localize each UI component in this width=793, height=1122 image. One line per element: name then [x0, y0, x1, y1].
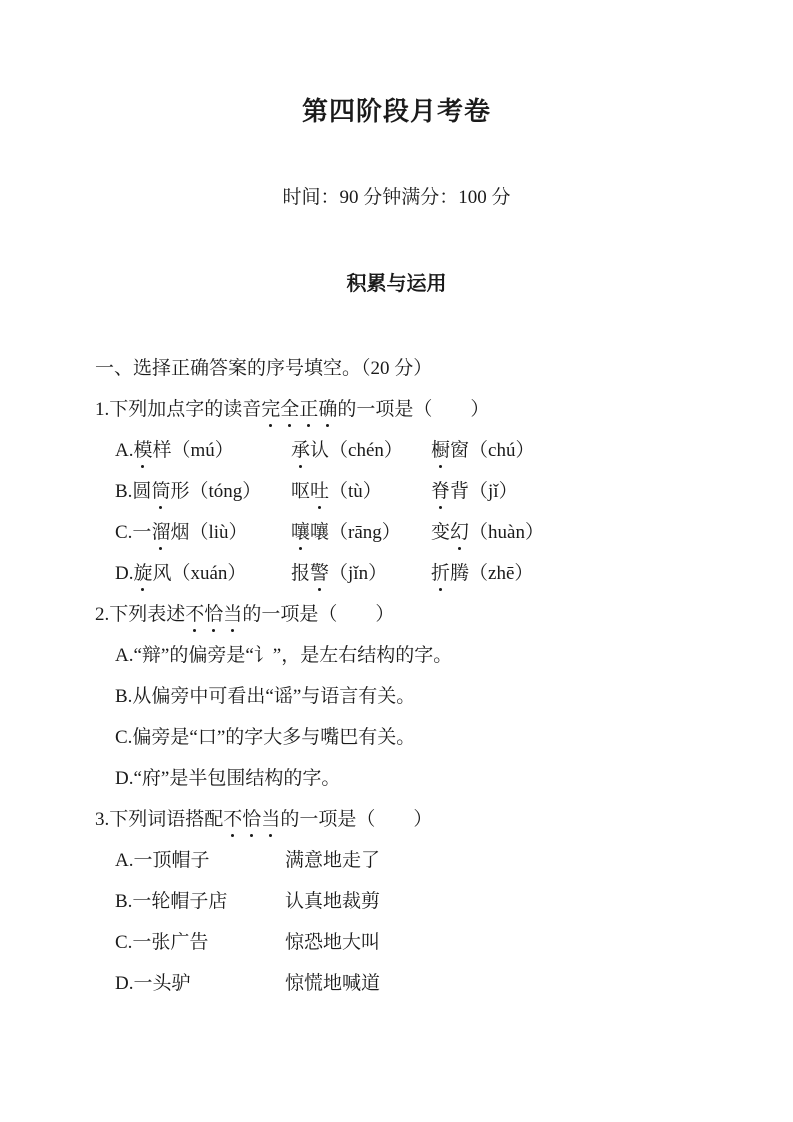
option-cell: 折腾（zhē） [431, 562, 533, 585]
question-stem: 2.下列表述不恰当的一项是（ ） [95, 603, 753, 626]
emphasis-dotted-char: 模 [133, 439, 152, 462]
option-row: A.一顶帽子满意地走了 [115, 849, 753, 872]
emphasis-dotted-char: 正 [299, 398, 318, 421]
option-row: B.从偏旁中可看出“谣”与语言有关。 [115, 685, 753, 708]
emphasis-dotted-char: 完 [261, 398, 280, 421]
emphasis-dotted-char: 幻 [450, 521, 469, 544]
option-row: A.模样（mú）承认（chén）橱窗（chú） [115, 439, 753, 462]
emphasis-dotted-char: 承 [291, 439, 310, 462]
emphasis-dotted-char: 折 [431, 562, 450, 585]
emphasis-dotted-char: 橱 [431, 439, 450, 462]
option-cell: C.一溜烟（liù） [115, 521, 291, 544]
emphasis-dotted-char: 恰 [242, 808, 261, 831]
option-cell: 报警（jǐn） [291, 562, 431, 585]
exam-paper-page: 第四阶段月考卷 时间：90 分钟满分：100 分 积累与运用 一、选择正确答案的… [0, 0, 793, 1122]
part-one-heading: 一、选择正确答案的序号填空。（20 分） [95, 357, 753, 380]
emphasis-dotted-char: 嚷 [291, 521, 310, 544]
option-cell: C.一张广告 [115, 931, 285, 954]
emphasis-dotted-char: 当 [223, 603, 242, 626]
option-row: C.一溜烟（liù）嚷嚷（rāng）变幻（huàn） [115, 521, 753, 544]
option-row: B.一轮帽子店认真地裁剪 [115, 890, 753, 913]
question-stem: 1.下列加点字的读音完全正确的一项是（ ） [95, 398, 753, 421]
option-cell: B.一轮帽子店 [115, 890, 285, 913]
document-title: 第四阶段月考卷 [0, 0, 793, 128]
option-row: D.旋风（xuán）报警（jǐn）折腾（zhē） [115, 562, 753, 585]
option-cell: A.一顶帽子 [115, 849, 285, 872]
emphasis-dotted-char: 吐 [310, 480, 329, 503]
option-cell: 惊恐地大叫 [285, 931, 380, 954]
option-row: A.“辩”的偏旁是“讠”，是左右结构的字。 [115, 644, 753, 667]
option-cell: 满意地走了 [285, 849, 380, 872]
option-cell: 承认（chén） [291, 439, 431, 462]
emphasis-dotted-char: 警 [310, 562, 329, 585]
option-cell: A.模样（mú） [115, 439, 291, 462]
option-cell: 变幻（huàn） [431, 521, 544, 544]
emphasis-dotted-char: 溜 [151, 521, 170, 544]
option-cell: 橱窗（chú） [431, 439, 534, 462]
emphasis-dotted-char: 恰 [204, 603, 223, 626]
emphasis-dotted-char: 筒 [151, 480, 170, 503]
option-cell: B.圆筒形（tóng） [115, 480, 291, 503]
emphasis-dotted-char: 不 [223, 808, 242, 831]
section-heading: 积累与运用 [0, 272, 793, 297]
option-cell: 呕吐（tù） [291, 480, 431, 503]
option-cell: 嚷嚷（rāng） [291, 521, 431, 544]
option-row: C.偏旁是“口”的字大多与嘴巴有关。 [115, 726, 753, 749]
questions-area: 一、选择正确答案的序号填空。（20 分）1.下列加点字的读音完全正确的一项是（ … [0, 357, 793, 995]
option-row: D.一头驴惊慌地喊道 [115, 972, 753, 995]
emphasis-dotted-char: 旋 [133, 562, 152, 585]
emphasis-dotted-char: 脊 [431, 480, 450, 503]
emphasis-dotted-char: 不 [185, 603, 204, 626]
exam-meta-line: 时间：90 分钟满分：100 分 [0, 186, 793, 210]
emphasis-dotted-char: 全 [280, 398, 299, 421]
option-row: B.圆筒形（tóng）呕吐（tù）脊背（jǐ） [115, 480, 753, 503]
emphasis-dotted-char: 当 [261, 808, 280, 831]
option-cell: 认真地裁剪 [285, 890, 380, 913]
option-cell: B.从偏旁中可看出“谣”与语言有关。 [115, 685, 415, 708]
option-cell: D.“府”是半包围结构的字。 [115, 767, 340, 790]
question-stem: 3.下列词语搭配不恰当的一项是（ ） [95, 808, 753, 831]
option-cell: A.“辩”的偏旁是“讠”，是左右结构的字。 [115, 644, 452, 667]
option-cell: C.偏旁是“口”的字大多与嘴巴有关。 [115, 726, 415, 749]
option-cell: D.一头驴 [115, 972, 285, 995]
option-row: D.“府”是半包围结构的字。 [115, 767, 753, 790]
option-cell: D.旋风（xuán） [115, 562, 291, 585]
option-cell: 脊背（jǐ） [431, 480, 518, 503]
option-row: C.一张广告惊恐地大叫 [115, 931, 753, 954]
option-cell: 惊慌地喊道 [285, 972, 380, 995]
emphasis-dotted-char: 确 [318, 398, 337, 421]
